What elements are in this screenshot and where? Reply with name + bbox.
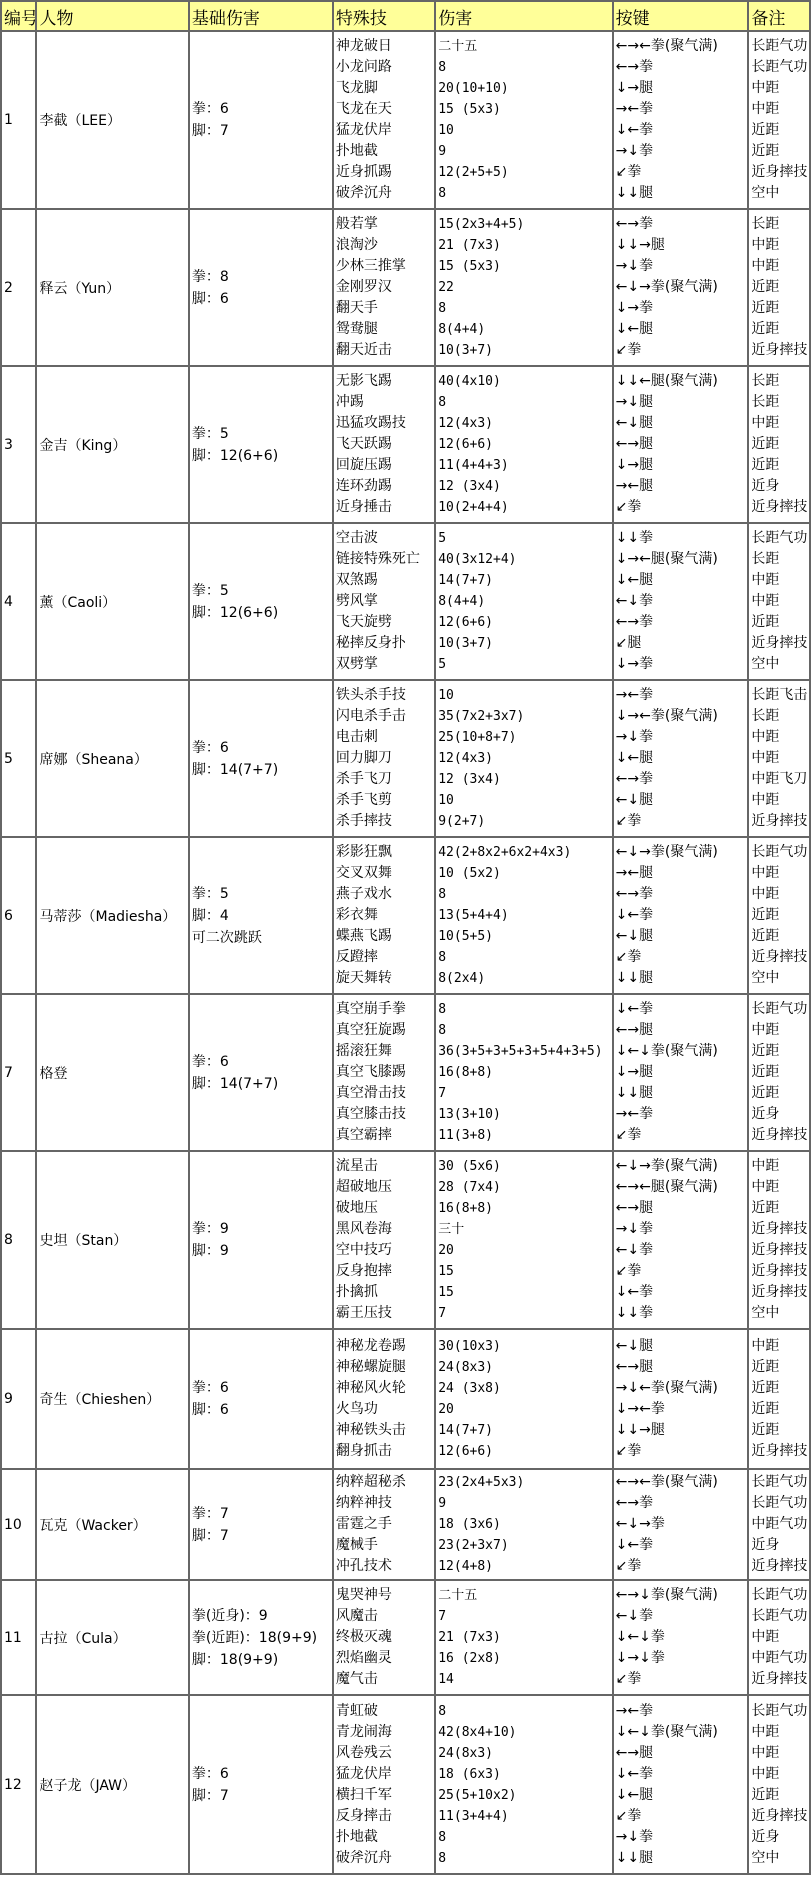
notes-cell: 中距中距近距近身摔技近身摔技近身摔技近身摔技空中: [749, 1152, 811, 1330]
header-base-damage: 基础伤害: [190, 2, 334, 32]
damage-cell: 1035(7x2+3x7)25(10+8+7)12(4x3)12 (3x4)10…: [436, 681, 613, 838]
note-text: 近距: [751, 1041, 807, 1062]
damage-value: 7: [438, 1303, 609, 1324]
base-damage-line: 脚：14(7+7): [192, 759, 330, 781]
damage-value: 16(8+8): [438, 1198, 609, 1219]
skill-name: 回力脚刀: [336, 748, 432, 769]
damage-value: 16(8+8): [438, 1062, 609, 1083]
damage-value: 8: [438, 999, 609, 1020]
keys-cell: ←↓→拳(聚气满)←→←腿(聚气满)←→腿→↓拳←↓拳↙拳↓←拳↓↓拳: [614, 1152, 750, 1330]
note-text: 中距: [751, 99, 807, 120]
note-text: 中距: [751, 727, 807, 748]
skill-name: 真空霸摔: [336, 1125, 432, 1146]
base-damage-line: 拳：5: [192, 580, 330, 602]
notes-cell: 长距长距中距近距近距近身近身摔技: [749, 367, 811, 524]
note-text: 长距飞击: [751, 685, 807, 706]
table-row: 11古拉（Cula）拳(近身)：9拳(近距)：18(9+9)脚：18(9+9)鬼…: [2, 1581, 811, 1696]
skill-name: 近身抓踢: [336, 162, 432, 183]
skill-name: 真空崩手拳: [336, 999, 432, 1020]
base-damage-cell: 拳：5脚：12(6+6): [190, 524, 334, 681]
base-damage-line: 拳：8: [192, 266, 330, 288]
note-text: 近身: [751, 1535, 807, 1556]
key-combo: ↙拳: [616, 497, 746, 518]
damage-value: 12(4x3): [438, 748, 609, 769]
header-name: 人物: [37, 2, 189, 32]
damage-value: 20: [438, 1399, 609, 1420]
skill-name: 神秘铁头击: [336, 1420, 432, 1441]
note-text: 中距气功: [751, 1648, 807, 1669]
character-name: 古拉（Cula）: [37, 1581, 189, 1696]
skill-name: 般若掌: [336, 214, 432, 235]
damage-value: 10 (5x2): [438, 863, 609, 884]
header-damage: 伤害: [436, 2, 613, 32]
damage-cell: 8836(3+5+3+5+3+5+4+3+5)16(8+8)713(3+10)1…: [436, 995, 613, 1152]
key-combo: ↓←拳: [616, 999, 746, 1020]
row-number: 2: [2, 210, 37, 367]
key-combo: ↙腿: [616, 633, 746, 654]
damage-value: 25(10+8+7): [438, 727, 609, 748]
key-combo: ←↓拳: [616, 591, 746, 612]
note-text: 近距: [751, 319, 807, 340]
key-combo: ←↓腿: [616, 413, 746, 434]
damage-cell: 842(8x4+10)24(8x3)18 (6x3)25(5+10x2)11(3…: [436, 1696, 613, 1875]
skill-name: 摇滚狂舞: [336, 1041, 432, 1062]
notes-cell: 长距中距中距近距近距近距近身摔技: [749, 210, 811, 367]
damage-value: 5: [438, 654, 609, 675]
key-combo: ↓→腿: [616, 455, 746, 476]
skill-name: 破斧沉舟: [336, 1848, 432, 1869]
skill-name: 杀手摔技: [336, 811, 432, 832]
base-damage-line: 可二次跳跃: [192, 927, 330, 949]
key-combo: ←→拳: [616, 884, 746, 905]
note-text: 空中: [751, 1303, 807, 1324]
key-combo: →↓拳: [616, 1827, 746, 1848]
damage-value: 40(4x10): [438, 371, 609, 392]
base-damage-line: 拳：6: [192, 1763, 330, 1785]
keys-cell: ←→←拳(聚气满)←→拳↓→腿→←拳↓←拳→↓拳↙拳↓↓腿: [614, 32, 750, 210]
skill-name: 扑地截: [336, 1827, 432, 1848]
damage-value: 10: [438, 790, 609, 811]
key-combo: →←拳: [616, 1104, 746, 1125]
key-combo: ↓↓→腿: [616, 1420, 746, 1441]
notes-cell: 长距气功长距气功中距中距近距近距近身摔技空中: [749, 32, 811, 210]
skill-name: 横扫千军: [336, 1785, 432, 1806]
note-text: 长距: [751, 371, 807, 392]
key-combo: →↓←拳(聚气满): [616, 1378, 746, 1399]
key-combo: ←→拳: [616, 612, 746, 633]
key-combo: ↓←腿: [616, 748, 746, 769]
skill-name: 冲孔技术: [336, 1556, 432, 1577]
keys-cell: ←↓腿←→腿→↓←拳(聚气满)↓→←拳↓↓→腿↙拳: [614, 1330, 750, 1470]
key-combo: ↓↓腿: [616, 1848, 746, 1869]
skill-name: 飞龙脚: [336, 78, 432, 99]
damage-value: 13(3+10): [438, 1104, 609, 1125]
skill-name: 魔械手: [336, 1535, 432, 1556]
key-combo: →↓拳: [616, 141, 746, 162]
skill-name: 鬼哭神号: [336, 1585, 432, 1606]
skill-name: 迅猛攻踢技: [336, 413, 432, 434]
note-text: 近距: [751, 120, 807, 141]
skill-name: 流星击: [336, 1156, 432, 1177]
damage-value: 12(6+6): [438, 612, 609, 633]
note-text: 近距: [751, 141, 807, 162]
note-text: 长距: [751, 706, 807, 727]
note-text: 中距: [751, 1156, 807, 1177]
damage-value: 12(4x3): [438, 413, 609, 434]
special-skills-cell: 神秘龙卷踢神秘螺旋腿神秘风火轮火鸟功神秘铁头击翻身抓击: [334, 1330, 436, 1470]
damage-value: 18 (6x3): [438, 1764, 609, 1785]
header-num: 编号: [2, 2, 37, 32]
note-text: 近距: [751, 1357, 807, 1378]
skill-name: 反蹬摔: [336, 947, 432, 968]
table-row: 3金吉（King）拳：5脚：12(6+6)无影飞踢冲踢迅猛攻踢技飞天跃踢回旋压踢…: [2, 367, 811, 524]
key-combo: →↓拳: [616, 256, 746, 277]
note-text: 近身摔技: [751, 1669, 807, 1690]
skill-name: 反身抱摔: [336, 1261, 432, 1282]
header-row: 编号 人物 基础伤害 特殊技 伤害 按键 备注: [2, 2, 811, 32]
damage-cell: 540(3x12+4)14(7+7)8(4+4)12(6+6)10(3+7)5: [436, 524, 613, 681]
skill-name: 魔气击: [336, 1669, 432, 1690]
notes-cell: 长距气功中距近距近距近距近身近身摔技: [749, 995, 811, 1152]
key-combo: ↙拳: [616, 947, 746, 968]
note-text: 空中: [751, 654, 807, 675]
skill-name: 空击波: [336, 528, 432, 549]
damage-value: 10(2+4+4): [438, 497, 609, 518]
note-text: 近距: [751, 612, 807, 633]
key-combo: ↓→腿: [616, 1062, 746, 1083]
damage-cell: 23(2x4+5x3)918 (3x6)23(2+3x7)12(4+8): [436, 1470, 613, 1581]
skill-name: 飞天跃踢: [336, 434, 432, 455]
damage-value: 21 (7x3): [438, 1627, 609, 1648]
damage-value: 14: [438, 1669, 609, 1690]
skill-name: 猛龙伏岸: [336, 120, 432, 141]
skill-name: 双劈掌: [336, 654, 432, 675]
key-combo: ↓↓腿: [616, 968, 746, 989]
base-damage-cell: 拳：8脚：6: [190, 210, 334, 367]
skill-name: 扑擒抓: [336, 1282, 432, 1303]
skill-name: 扑地截: [336, 141, 432, 162]
note-text: 近身摔技: [751, 1240, 807, 1261]
key-combo: ↓←↓拳(聚气满): [616, 1722, 746, 1743]
key-combo: ←→腿: [616, 1020, 746, 1041]
base-damage-cell: 拳：6脚：7: [190, 1696, 334, 1875]
damage-value: 15: [438, 1282, 609, 1303]
note-text: 中距: [751, 1020, 807, 1041]
base-damage-line: 脚：12(6+6): [192, 445, 330, 467]
damage-value: 42(2+8x2+6x2+4x3): [438, 842, 609, 863]
note-text: 长距气功: [751, 36, 807, 57]
keys-cell: ←→↓拳(聚气满)←↓拳↓←↓拳↓→↓拳↙拳: [614, 1581, 750, 1696]
skill-name: 回旋压踢: [336, 455, 432, 476]
damage-value: 9: [438, 1493, 609, 1514]
key-combo: ←→腿: [616, 1357, 746, 1378]
damage-cell: 二十五820(10+10)15 (5x3)10912(2+5+5)8: [436, 32, 613, 210]
damage-value: 15: [438, 1261, 609, 1282]
key-combo: ↓↓→腿: [616, 235, 746, 256]
key-combo: ←→腿: [616, 1198, 746, 1219]
note-text: 中距飞刀: [751, 769, 807, 790]
base-damage-cell: 拳：9脚：9: [190, 1152, 334, 1330]
skill-name: 劈风掌: [336, 591, 432, 612]
note-text: 近身摔技: [751, 1282, 807, 1303]
note-text: 长距气功: [751, 528, 807, 549]
damage-value: 18 (3x6): [438, 1514, 609, 1535]
note-text: 近距: [751, 434, 807, 455]
key-combo: ↙拳: [616, 1806, 746, 1827]
skill-name: 霸王压技: [336, 1303, 432, 1324]
special-skills-cell: 神龙破日小龙问路飞龙脚飞龙在天猛龙伏岸扑地截近身抓踢破斧沉舟: [334, 32, 436, 210]
key-combo: ↙拳: [616, 1261, 746, 1282]
keys-cell: →←拳↓←↓拳(聚气满)←→腿↓←拳↓←腿↙拳→↓拳↓↓腿: [614, 1696, 750, 1875]
skill-name: 真空飞膝踢: [336, 1062, 432, 1083]
note-text: 长距气功: [751, 1585, 807, 1606]
key-combo: ←→↓拳(聚气满): [616, 1585, 746, 1606]
damage-value: 10: [438, 120, 609, 141]
table-row: 10瓦克（Wacker）拳：7脚：7纳粹超秘杀纳粹神技雷霆之手魔械手冲孔技术23…: [2, 1470, 811, 1581]
table-row: 8史坦（Stan）拳：9脚：9流星击超破地压破地压黑风卷海空中技巧反身抱摔扑擒抓…: [2, 1152, 811, 1330]
character-name: 金吉（King）: [37, 367, 189, 524]
key-combo: ↙拳: [616, 340, 746, 361]
note-text: 中距: [751, 1764, 807, 1785]
skill-name: 铁头杀手技: [336, 685, 432, 706]
special-skills-cell: 流星击超破地压破地压黑风卷海空中技巧反身抱摔扑擒抓霸王压技: [334, 1152, 436, 1330]
key-combo: →←拳: [616, 685, 746, 706]
damage-cell: 二十五721 (7x3)16 (2x8)14: [436, 1581, 613, 1696]
note-text: 近距: [751, 926, 807, 947]
skill-name: 纳粹神技: [336, 1493, 432, 1514]
skill-name: 彩衣舞: [336, 905, 432, 926]
notes-cell: 中距近距近距近距近距近身摔技: [749, 1330, 811, 1470]
header-special-skill: 特殊技: [334, 2, 436, 32]
key-combo: →←腿: [616, 863, 746, 884]
note-text: 近距: [751, 455, 807, 476]
damage-value: 23(2+3x7): [438, 1535, 609, 1556]
row-number: 1: [2, 32, 37, 210]
note-text: 中距: [751, 256, 807, 277]
note-text: 长距: [751, 214, 807, 235]
base-damage-cell: 拳：7脚：7: [190, 1470, 334, 1581]
damage-value: 36(3+5+3+5+3+5+4+3+5): [438, 1041, 609, 1062]
key-combo: ↓←腿: [616, 1785, 746, 1806]
base-damage-line: 脚：6: [192, 288, 330, 310]
note-text: 近距: [751, 1198, 807, 1219]
skill-name: 猛龙伏岸: [336, 1764, 432, 1785]
note-text: 长距气功: [751, 1701, 807, 1722]
base-damage-cell: 拳：6脚：14(7+7): [190, 681, 334, 838]
damage-value: 8: [438, 1020, 609, 1041]
key-combo: ↓→腿: [616, 78, 746, 99]
skill-name: 烈焰幽灵: [336, 1648, 432, 1669]
damage-value: 10(3+7): [438, 340, 609, 361]
base-damage-line: 拳(近距)：18(9+9): [192, 1627, 330, 1649]
base-damage-line: 拳：6: [192, 98, 330, 120]
note-text: 长距气功: [751, 1472, 807, 1493]
base-damage-line: 拳：9: [192, 1218, 330, 1240]
note-text: 近距: [751, 1399, 807, 1420]
character-name: 奇生（Chieshen）: [37, 1330, 189, 1470]
damage-value: 8: [438, 57, 609, 78]
base-damage-line: 拳：6: [192, 1377, 330, 1399]
skill-name: 风卷残云: [336, 1743, 432, 1764]
damage-value: 9: [438, 141, 609, 162]
table-row: 2释云（Yun）拳：8脚：6般若掌浪淘沙少林三推掌金刚罗汉翻天手鸳鸯腿翻天近击1…: [2, 210, 811, 367]
damage-value: 10(5+5): [438, 926, 609, 947]
damage-value: 30(10x3): [438, 1336, 609, 1357]
keys-cell: ↓↓拳↓→←腿(聚气满)↓←腿←↓拳←→拳↙腿↓→拳: [614, 524, 750, 681]
row-number: 5: [2, 681, 37, 838]
skill-name: 翻天近击: [336, 340, 432, 361]
row-number: 6: [2, 838, 37, 995]
damage-value: 15(2x3+4+5): [438, 214, 609, 235]
keys-cell: ←↓→拳(聚气满)→←腿←→拳↓←拳←↓腿↙拳↓↓腿: [614, 838, 750, 995]
base-damage-line: 脚：18(9+9): [192, 1649, 330, 1671]
damage-value: 9(2+7): [438, 811, 609, 832]
skill-name: 青龙闹海: [336, 1722, 432, 1743]
table-row: 1李截（LEE）拳：6脚：7神龙破日小龙问路飞龙脚飞龙在天猛龙伏岸扑地截近身抓踢…: [2, 32, 811, 210]
key-combo: ←→拳: [616, 769, 746, 790]
note-text: 中距: [751, 748, 807, 769]
base-damage-line: 脚：4: [192, 905, 330, 927]
base-damage-line: 脚：14(7+7): [192, 1073, 330, 1095]
note-text: 空中: [751, 968, 807, 989]
damage-value: 7: [438, 1606, 609, 1627]
damage-value: 24(8x3): [438, 1357, 609, 1378]
skill-name: 反身摔击: [336, 1806, 432, 1827]
base-damage-cell: 拳：5脚：12(6+6): [190, 367, 334, 524]
character-name: 瓦克（Wacker）: [37, 1470, 189, 1581]
note-text: 中距: [751, 235, 807, 256]
key-combo: ↓←拳: [616, 120, 746, 141]
damage-value: 8: [438, 1848, 609, 1869]
special-skills-cell: 无影飞踢冲踢迅猛攻踢技飞天跃踢回旋压踢连环劲踢近身捶击: [334, 367, 436, 524]
skill-name: 空中技巧: [336, 1240, 432, 1261]
base-damage-cell: 拳：6脚：14(7+7): [190, 995, 334, 1152]
damage-value: 12 (3x4): [438, 769, 609, 790]
skill-name: 蝶燕飞踢: [336, 926, 432, 947]
damage-value: 8: [438, 1701, 609, 1722]
damage-value: 40(3x12+4): [438, 549, 609, 570]
note-text: 长距气功: [751, 842, 807, 863]
note-text: 近距: [751, 1378, 807, 1399]
character-name: 薰（Caoli）: [37, 524, 189, 681]
key-combo: ↓→↓拳: [616, 1648, 746, 1669]
damage-value: 20: [438, 1240, 609, 1261]
key-combo: ↙拳: [616, 162, 746, 183]
key-combo: ←→拳: [616, 214, 746, 235]
note-text: 中距: [751, 78, 807, 99]
skill-name: 闪电杀手击: [336, 706, 432, 727]
skill-name: 双煞踢: [336, 570, 432, 591]
damage-value: 28 (7x4): [438, 1177, 609, 1198]
base-damage-line: 拳(近身)：9: [192, 1605, 330, 1627]
key-combo: ↓←↓拳: [616, 1627, 746, 1648]
skill-name: 冲踢: [336, 392, 432, 413]
note-text: 中距: [751, 884, 807, 905]
base-damage-cell: 拳：6脚：6: [190, 1330, 334, 1470]
skill-name: 飞龙在天: [336, 99, 432, 120]
key-combo: ←↓→拳: [616, 1514, 746, 1535]
special-skills-cell: 纳粹超秘杀纳粹神技雷霆之手魔械手冲孔技术: [334, 1470, 436, 1581]
key-combo: →↓腿: [616, 392, 746, 413]
key-combo: ←↓→拳(聚气满): [616, 1156, 746, 1177]
key-combo: ↓→拳: [616, 298, 746, 319]
base-damage-line: 脚：12(6+6): [192, 602, 330, 624]
base-damage-line: 拳：6: [192, 737, 330, 759]
note-text: 近距: [751, 298, 807, 319]
note-text: 空中: [751, 1848, 807, 1869]
skill-name: 近身捶击: [336, 497, 432, 518]
damage-value: 三十: [438, 1219, 609, 1240]
damage-value: 20(10+10): [438, 78, 609, 99]
key-combo: ↓→←拳(聚气满): [616, 706, 746, 727]
damage-value: 8: [438, 392, 609, 413]
skill-name: 飞天旋劈: [336, 612, 432, 633]
key-combo: ↓←↓拳(聚气满): [616, 1041, 746, 1062]
character-name: 席娜（Sheana）: [37, 681, 189, 838]
skill-name: 青虹破: [336, 1701, 432, 1722]
key-combo: ←→←拳(聚气满): [616, 36, 746, 57]
key-combo: ←→腿: [616, 434, 746, 455]
skill-name: 旋天舞转: [336, 968, 432, 989]
key-combo: ↙拳: [616, 1125, 746, 1146]
note-text: 长距气功: [751, 1606, 807, 1627]
key-combo: ↙拳: [616, 811, 746, 832]
key-combo: ←→←拳(聚气满): [616, 1472, 746, 1493]
base-damage-line: 拳：7: [192, 1503, 330, 1525]
character-name: 格登: [37, 995, 189, 1152]
key-combo: ↓→拳: [616, 654, 746, 675]
table-row: 5席娜（Sheana）拳：6脚：14(7+7)铁头杀手技闪电杀手击电击刺回力脚刀…: [2, 681, 811, 838]
skill-name: 秘摔反身扑: [336, 633, 432, 654]
skill-name: 电击刺: [336, 727, 432, 748]
note-text: 近身摔技: [751, 1219, 807, 1240]
base-damage-cell: 拳：5脚：4可二次跳跃: [190, 838, 334, 995]
key-combo: ←↓腿: [616, 790, 746, 811]
base-damage-line: 脚：7: [192, 1785, 330, 1807]
skill-name: 浪淘沙: [336, 235, 432, 256]
note-text: 近身摔技: [751, 1806, 807, 1827]
skill-name: 神秘龙卷踢: [336, 1336, 432, 1357]
skill-name: 终极灭魂: [336, 1627, 432, 1648]
note-text: 中距: [751, 1177, 807, 1198]
skill-name: 超破地压: [336, 1177, 432, 1198]
key-combo: ↓←拳: [616, 1282, 746, 1303]
note-text: 中距气功: [751, 1514, 807, 1535]
damage-value: 12(6+6): [438, 1441, 609, 1462]
damage-value: 24(8x3): [438, 1743, 609, 1764]
key-combo: ↓→←腿(聚气满): [616, 549, 746, 570]
note-text: 近距: [751, 1062, 807, 1083]
note-text: 长距气功: [751, 999, 807, 1020]
damage-value: 8(4+4): [438, 319, 609, 340]
notes-cell: 长距气功长距气功中距中距气功近身摔技: [749, 1581, 811, 1696]
damage-value: 24 (3x8): [438, 1378, 609, 1399]
note-text: 近身摔技: [751, 947, 807, 968]
key-combo: →↓拳: [616, 727, 746, 748]
keys-cell: ←→←拳(聚气满)←→拳←↓→拳↓←拳↙拳: [614, 1470, 750, 1581]
damage-value: 8: [438, 298, 609, 319]
notes-cell: 长距气功中距中距近距近距近身摔技空中: [749, 838, 811, 995]
note-text: 近身摔技: [751, 1441, 807, 1462]
damage-value: 8: [438, 884, 609, 905]
skill-name: 雷霆之手: [336, 1514, 432, 1535]
skill-name: 真空滑击技: [336, 1083, 432, 1104]
damage-value: 8(2x4): [438, 968, 609, 989]
note-text: 中距: [751, 790, 807, 811]
table-row: 6马蒂莎（Madiesha）拳：5脚：4可二次跳跃彩影狂飘交叉双舞燕子戏水彩衣舞…: [2, 838, 811, 995]
notes-cell: 长距气功中距中距中距近距近身摔技近身空中: [749, 1696, 811, 1875]
row-number: 3: [2, 367, 37, 524]
